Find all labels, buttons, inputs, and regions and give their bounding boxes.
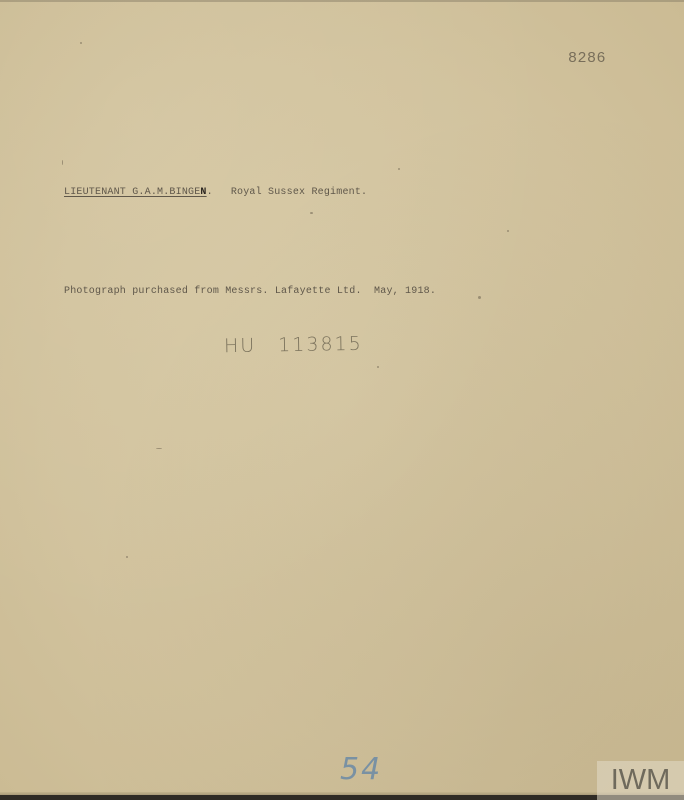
paper-speck	[398, 168, 400, 170]
page-number: 54	[340, 752, 382, 787]
paper-speck	[478, 296, 481, 299]
iwm-logo-text: IWM	[611, 764, 671, 797]
regiment-name: Royal Sussex Regiment.	[231, 187, 367, 198]
provenance-note: Photograph purchased from Messrs. Lafaye…	[64, 286, 436, 297]
catalogue-prefix: HU	[224, 335, 257, 358]
paper-speck	[126, 556, 128, 558]
paper-speck	[310, 212, 313, 214]
handwritten-catalogue-ref: HU113815	[224, 333, 363, 357]
scan-edge	[0, 795, 684, 800]
subject-name-text: LIEUTENANT G.A.M.BINGE	[64, 187, 200, 198]
photo-title: LIEUTENANT G.A.M.BINGEN.Royal Sussex Reg…	[64, 187, 367, 198]
subject-name-period: .	[207, 187, 213, 198]
paper-speck	[377, 366, 379, 368]
reference-number: 8286	[568, 50, 606, 67]
paper-speck	[62, 160, 63, 165]
paper-speck	[156, 448, 162, 449]
iwm-watermark: IWM	[597, 761, 684, 800]
paper-speck	[80, 42, 82, 44]
catalogue-number: 113815	[278, 333, 363, 356]
subject-name: LIEUTENANT G.A.M.BINGEN	[64, 187, 207, 198]
archive-card: 8286 LIEUTENANT G.A.M.BINGEN.Royal Susse…	[0, 0, 684, 795]
paper-speck	[507, 230, 509, 232]
